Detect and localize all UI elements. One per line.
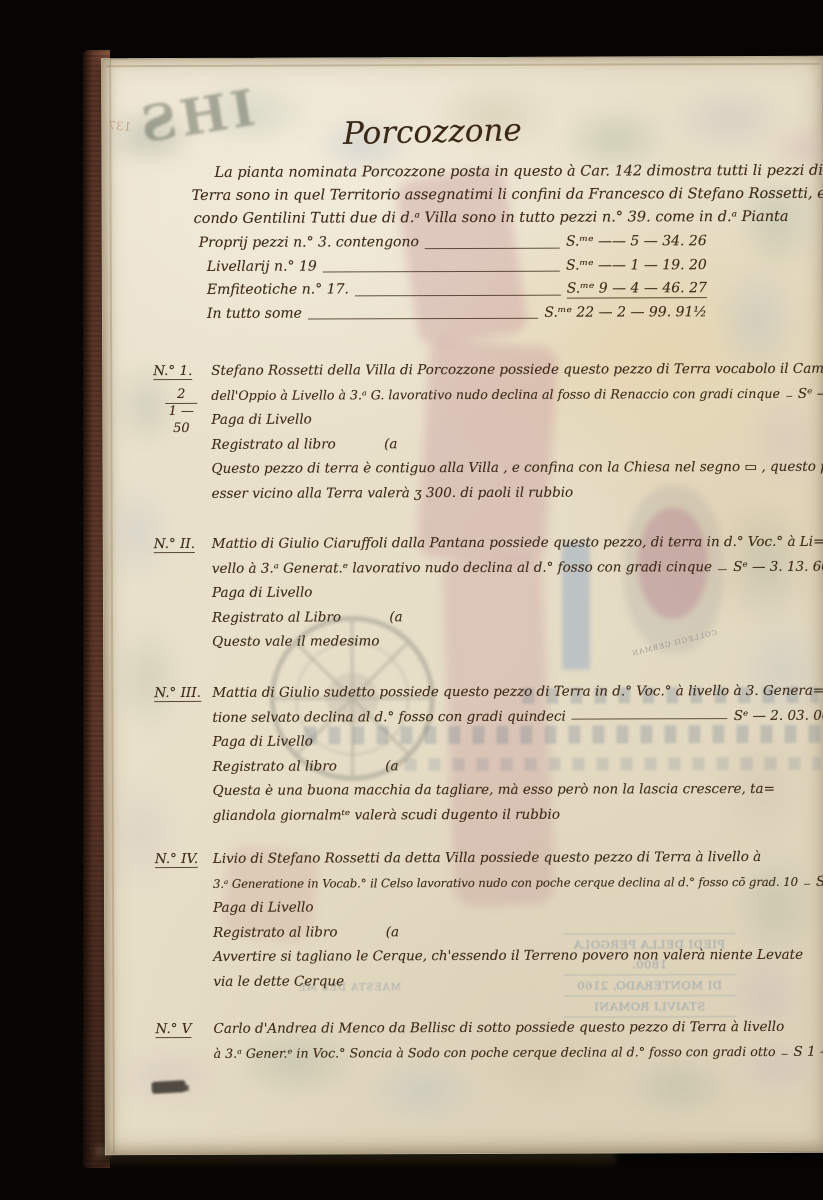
entry-note: Avvertire si tagliano le Cerque, ch'esse… (213, 943, 823, 970)
registrato-text: Registrato al libro (213, 924, 337, 940)
registro-ref: (a (384, 432, 397, 457)
summary-row: Proprij pezzi n.° 3. contengono S.ᵐᵉ —— … (199, 233, 707, 258)
entry-line-text: 3.ᵃ Generatione in Vocab.° il Celso lavo… (213, 869, 798, 896)
paga-line: Paga di Livello (212, 579, 823, 606)
intro-line: Terra sono in quel Territorio assegnatim… (192, 186, 823, 204)
summary-amount: S.ᵐᵉ 9 — 4 — 46. 27 (567, 280, 707, 298)
entry-number-label: N.° III. (154, 681, 210, 706)
entry-number-label: N.° 1. 2 1 — 50 (153, 359, 209, 438)
dash-rule (424, 234, 561, 258)
entry-2: N.° II. Mattio di Giulio Ciaruffoli dall… (154, 530, 823, 655)
summary-amount: S.ᵐᵉ —— 5 — 34. 26 (566, 233, 707, 249)
entry-number-label: N.° II. (154, 532, 210, 557)
entry-line: Mattio di Giulio Ciaruffoli dalla Pantan… (212, 530, 823, 557)
registrato-line: Registrato al libro (a (211, 430, 823, 457)
entry-4: N.° IV. Livio di Stefano Rossetti da det… (155, 845, 823, 994)
entry-line-text: à 3.ᵃ Gener.ᵉ in Voc.° Soncia à Sodo con… (214, 1039, 776, 1065)
entry-3: N.° III. Mattia di Giulio sudetto possie… (154, 679, 823, 828)
summary-row: Livellarij n.° 19 S.ᵐᵉ —— 1 — 19. 20 (199, 257, 707, 282)
summary-table: Proprij pezzi n.° 3. contengono S.ᵐᵉ —— … (199, 233, 707, 329)
registrato-line: Registrato al libro (a (213, 918, 823, 945)
photo-canvas: COLLEGII GERMAN IHS 137 PIEDI DELLA PERG… (0, 0, 823, 1200)
manuscript-text-layer: Porcozzone La pianta nominata Porcozzone… (102, 57, 823, 1155)
entry-line: vello à 3.ᵃ Generat.ᵉ lavorativo nudo de… (212, 554, 823, 581)
intro-line: La pianta nominata Porcozzone posta in q… (214, 163, 823, 181)
registrato-line: Registrato al Libro (a (212, 603, 823, 630)
entry-note: Questo pezzo di terra è contiguo alla Vi… (211, 455, 823, 482)
entry-line-text: tione selvato declina al d.° fosso con g… (212, 704, 566, 730)
entry-body: Stefano Rossetti della Villa di Porcozzo… (211, 357, 823, 506)
manuscript-page: COLLEGII GERMAN IHS 137 PIEDI DELLA PERG… (101, 56, 823, 1156)
registro-ref: (a (385, 754, 398, 779)
intro-line: condo Gentilini Tutti due di d.ᵃ Villa s… (194, 209, 789, 227)
dash-rule (307, 304, 540, 328)
summary-amount: S.ᵐᵉ 22 — 2 — 99. 91½ (544, 304, 707, 321)
entry-amount: Sᵉ — 2. 65. 36½ (816, 869, 823, 894)
dash-rule (717, 555, 728, 580)
summary-row: In tutto some S.ᵐᵉ 22 — 2 — 99. 91½ (199, 304, 707, 329)
entry-measure-fraction: 2 1 — 50 (158, 386, 204, 438)
dash-rule (571, 704, 729, 729)
summary-label: Emfiteotiche n.° 17. (199, 281, 349, 298)
entry-line-text: dell'Oppio à Livello à 3.ᵃ G. lavorativo… (211, 381, 780, 407)
entry-line: à 3.ᵃ Gener.ᵉ in Voc.° Soncia à Sodo con… (214, 1039, 823, 1066)
entry-amount: Sᵉ — 2. 03. 00 (734, 703, 823, 728)
summary-label: Livellarij n.° 19 (199, 258, 317, 274)
entry-line: Stefano Rossetti della Villa di Porcozzo… (211, 357, 823, 384)
entry-line: Livio di Stefano Rossetti da detta Villa… (213, 845, 823, 872)
entry-body: Mattio di Giulio Ciaruffoli dalla Pantan… (212, 530, 823, 655)
registro-ref: (a (386, 920, 399, 945)
entry-amount: S 1 — 52. 70 (793, 1039, 823, 1064)
entry-note: Questa è una buona macchia da tagliare, … (213, 777, 823, 804)
summary-label: Proprij pezzi n.° 3. contengono (199, 234, 419, 251)
entry-line: 3.ᵃ Generatione in Vocab.° il Celso lavo… (213, 869, 823, 896)
dash-rule (322, 257, 561, 281)
entry-line-text: vello à 3.ᵃ Generat.ᵉ lavorativo nudo de… (212, 555, 712, 581)
paga-line: Paga di Livello (212, 728, 823, 755)
entry-5: N.° V Carlo d'Andrea di Menco da Bellisc… (155, 1015, 823, 1066)
registrato-text: Registrato al libro (211, 436, 335, 452)
entry-line: tione selvato declina al d.° fosso con g… (212, 703, 823, 730)
dash-rule (354, 281, 562, 305)
summary-amount: S.ᵐᵉ —— 1 — 19. 20 (566, 257, 707, 273)
summary-label: In tutto some (199, 305, 302, 321)
entry-line: dell'Oppio à Livello à 3.ᵃ G. lavorativo… (211, 381, 823, 408)
summary-row: Emfiteotiche n.° 17. S.ᵐᵉ 9 — 4 — 46. 27 (199, 280, 707, 305)
entry-line: Carlo d'Andrea di Menco da Bellisc di so… (213, 1015, 823, 1042)
dash-rule (780, 1039, 788, 1064)
entry-1: N.° 1. 2 1 — 50 Stefano Rossetti della V… (153, 357, 823, 506)
entry-note: esser vicino alla Terra valerà ʒ 300. di… (212, 479, 823, 506)
entry-body: Livio di Stefano Rossetti da detta Villa… (213, 845, 823, 994)
registrato-line: Registrato al libro (a (213, 752, 823, 779)
entry-line: Mattia di Giulio sudetto possiede questo… (212, 679, 823, 706)
paga-line: Paga di Livello (211, 406, 823, 433)
paga-line: Paga di Livello (213, 894, 823, 921)
registrato-text: Registrato al libro (213, 758, 337, 774)
entry-note: via le dette Cerque (213, 967, 823, 994)
dash-rule (785, 381, 793, 406)
entry-body: Mattia di Giulio sudetto possiede questo… (212, 679, 823, 828)
registrato-text: Registrato al Libro (212, 609, 341, 625)
registro-ref: (a (389, 605, 402, 630)
entry-number-label: N.° IV. (155, 847, 211, 872)
entry-note: Questo vale il medesimo (212, 628, 823, 655)
entry-body: Carlo d'Andrea di Menco da Bellisc di so… (213, 1015, 823, 1066)
entry-note: gliandola giornalmᵗᵉ valerà scudi dugent… (213, 801, 823, 828)
entry-number-label: N.° V (155, 1017, 211, 1042)
entry-amount: Sᵉ — 7 20 3 (798, 381, 823, 406)
page-title: Porcozzone (262, 111, 603, 154)
entry-amount: Sᵉ — 3. 13. 60 (733, 554, 823, 579)
dash-rule (803, 869, 811, 894)
